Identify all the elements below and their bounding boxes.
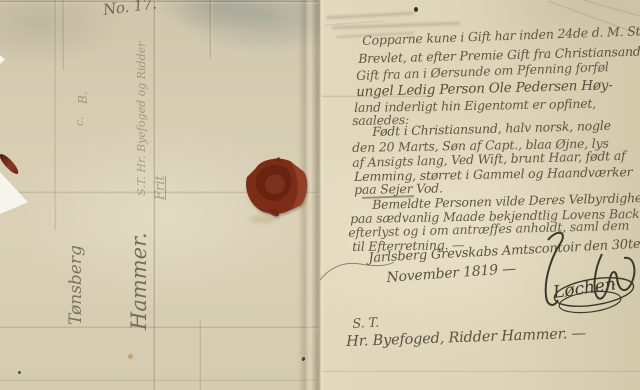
franking-note: Frit	[153, 150, 168, 200]
fold-crease	[0, 0, 318, 4]
fold-crease	[199, 320, 203, 390]
fold-crease	[54, 0, 58, 230]
ink-speck	[18, 371, 21, 374]
fold-crease	[0, 379, 318, 383]
paper-stain	[250, 215, 276, 223]
fold-crease	[0, 326, 318, 330]
fold-crease	[62, 0, 66, 70]
letter-photograph: No. 17. S.T. Hr. Byefoged og Ridder Hamm…	[0, 0, 640, 390]
postal-mark: B.	[76, 84, 90, 104]
salutation-abbreviation: S. T.	[352, 316, 379, 332]
fold-crease	[322, 370, 640, 374]
ink-speck	[612, 283, 615, 286]
red-wax-seal-icon	[241, 156, 315, 220]
ink-speck	[414, 7, 418, 12]
pen-flourish	[318, 256, 398, 286]
signature: Løchen	[532, 226, 640, 318]
address-line-faint: S.T. Hr. Byefoged og Ridder	[135, 56, 148, 196]
paper-stain	[128, 354, 133, 359]
address-town: Tønsberg	[66, 195, 86, 325]
fold-crease	[209, 0, 213, 58]
address-name: Hammer.	[127, 180, 151, 330]
postal-mark: c.	[73, 110, 86, 126]
